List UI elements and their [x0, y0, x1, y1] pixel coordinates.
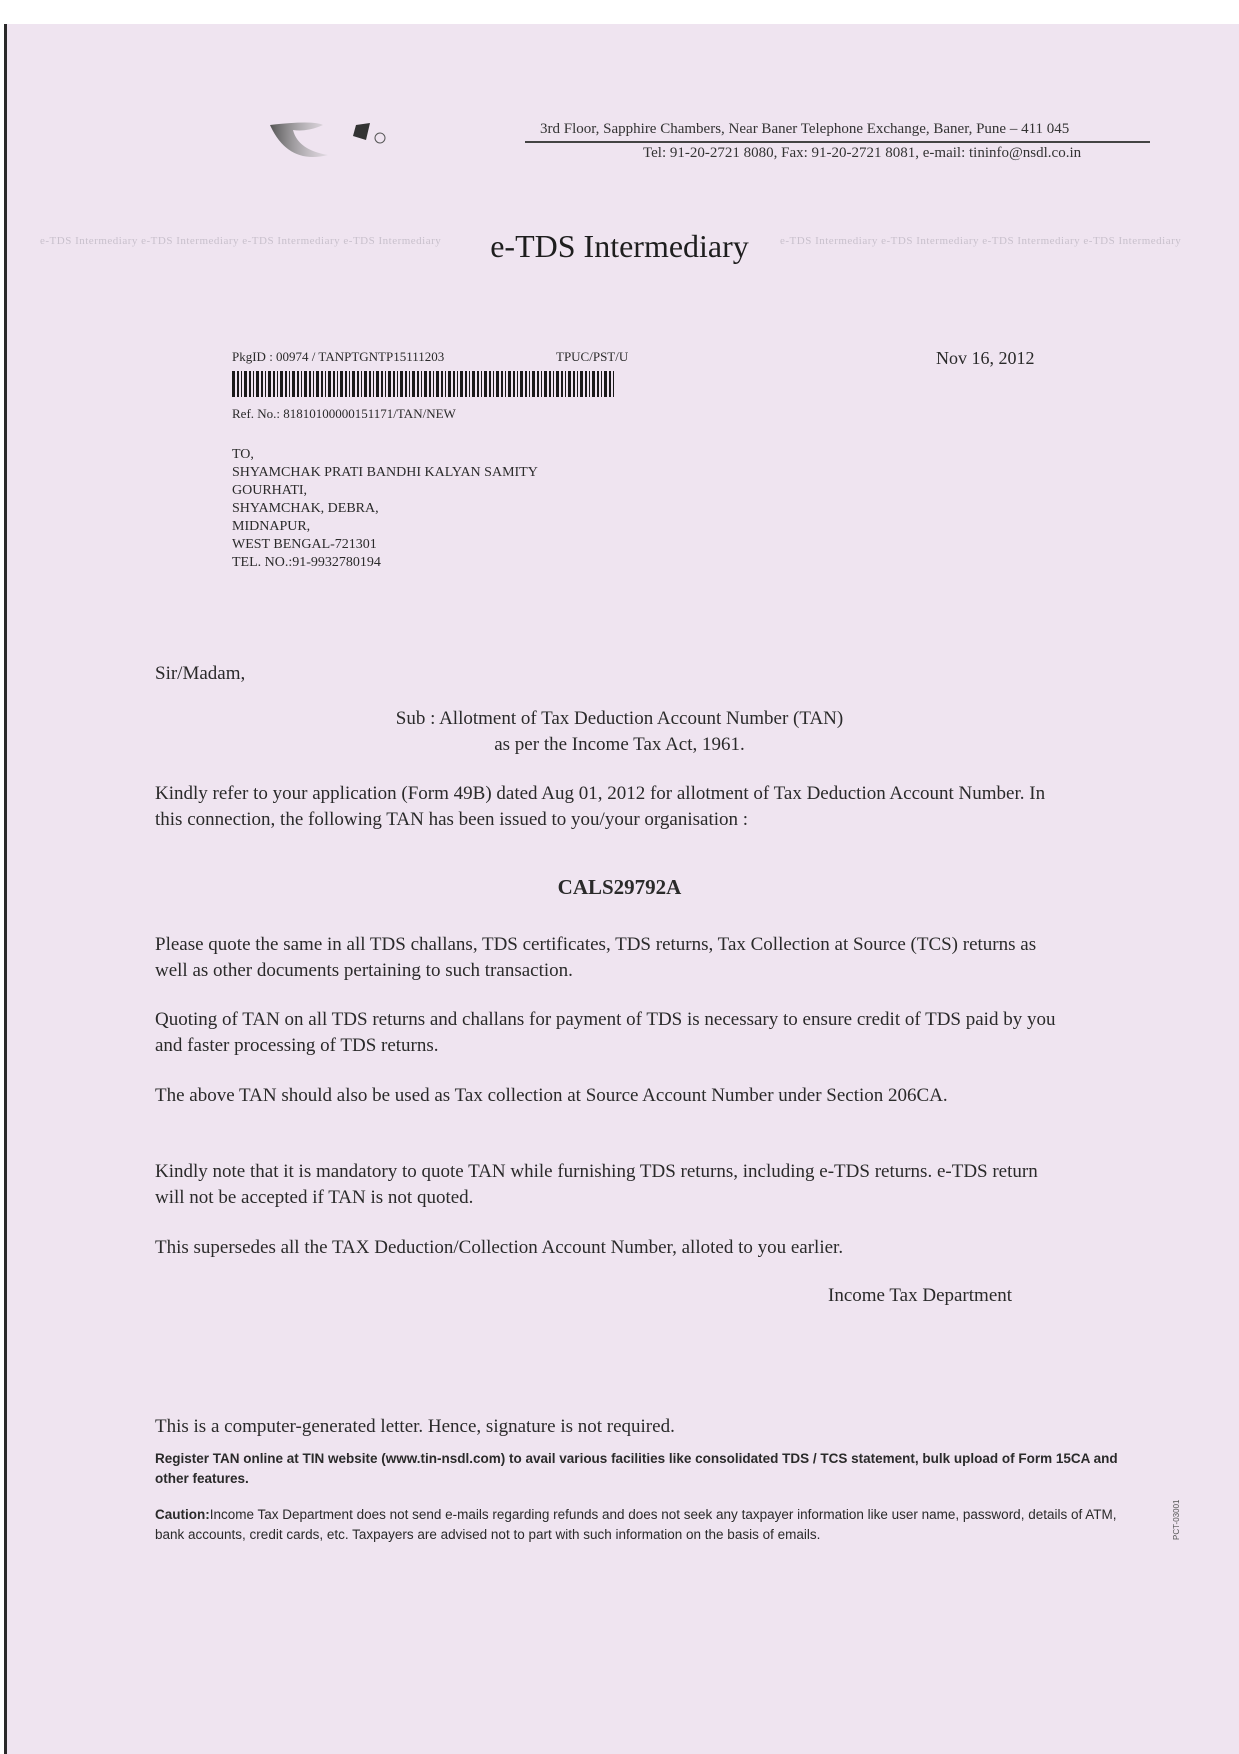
paragraph-mandatory: Kindly note that it is mandatory to quot…	[155, 1159, 1065, 1211]
letter-title: e-TDS Intermediary	[0, 228, 1239, 265]
contact-line: Tel: 91-20-2721 8080, Fax: 91-20-2721 80…	[643, 145, 1081, 162]
paragraph-quote: Please quote the same in all TDS challan…	[155, 932, 1065, 984]
paragraph-application: Kindly refer to your application (Form 4…	[155, 781, 1065, 833]
register-note: Register TAN online at TIN website (www.…	[155, 1449, 1145, 1489]
recipient-line: WEST BENGAL-721301	[232, 536, 538, 554]
subject-line-2: as per the Income Tax Act, 1961.	[0, 734, 1239, 756]
address-line: 3rd Floor, Sapphire Chambers, Near Baner…	[540, 121, 1069, 138]
paragraph-supersedes: This supersedes all the TAX Deduction/Co…	[155, 1235, 1065, 1261]
reference-number: Ref. No.: 81810100000151171/TAN/NEW	[232, 406, 456, 422]
paragraph-quoting: Quoting of TAN on all TDS returns and ch…	[155, 1007, 1065, 1059]
salutation: Sir/Madam,	[155, 663, 245, 685]
subject-line-1: Sub : Allotment of Tax Deduction Account…	[0, 708, 1239, 730]
form-code: PCT-03001	[1172, 1500, 1181, 1540]
recipient-line: TO,	[232, 446, 538, 464]
tan-number: CALS29792A	[0, 875, 1239, 900]
recipient-line: TEL. NO.:91-9932780194	[232, 554, 538, 572]
recipient-address: TO, SHYAMCHAK PRATI BANDHI KALYAN SAMITY…	[232, 446, 538, 572]
recipient-line: MIDNAPUR,	[232, 518, 538, 536]
letter-date: Nov 16, 2012	[936, 348, 1035, 369]
recipient-line: GOURHATI,	[232, 482, 538, 500]
barcode-icon	[232, 371, 616, 397]
caution-note: Caution:Income Tax Department does not s…	[155, 1505, 1145, 1545]
paragraph-tcs: The above TAN should also be used as Tax…	[155, 1083, 1065, 1109]
caution-label: Caution:	[155, 1507, 210, 1522]
package-code: TPUC/PST/U	[556, 349, 628, 365]
recipient-line: SHYAMCHAK PRATI BANDHI KALYAN SAMITY	[232, 464, 538, 482]
header-rule	[525, 141, 1150, 143]
recipient-line: SHYAMCHAK, DEBRA,	[232, 500, 538, 518]
package-id: PkgID : 00974 / TANPTGNTP15111203	[232, 349, 444, 365]
signatory: Income Tax Department	[828, 1285, 1012, 1307]
nsdl-logo-icon	[268, 120, 408, 170]
caution-text: Income Tax Department does not send e-ma…	[155, 1507, 1116, 1542]
computer-generated-note: This is a computer-generated letter. Hen…	[155, 1416, 675, 1438]
